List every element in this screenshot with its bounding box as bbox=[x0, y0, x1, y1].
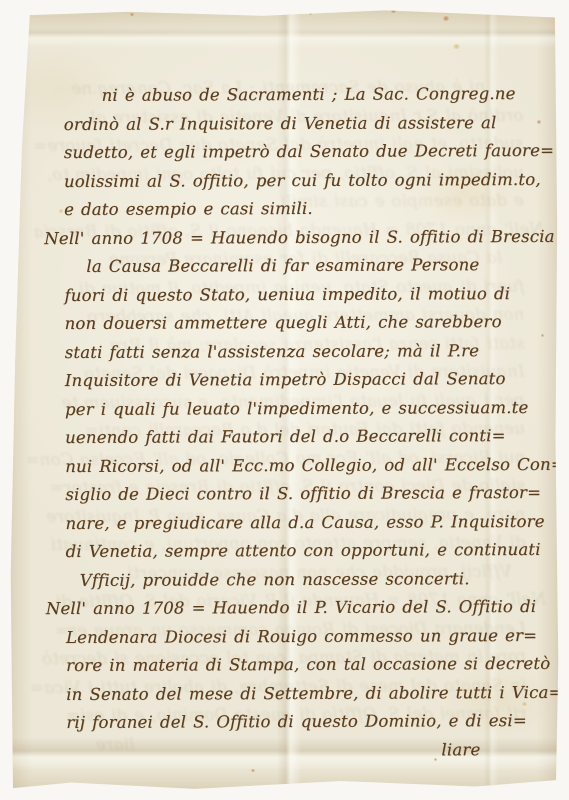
manuscript-line: Lendenara Diocesi di Rouigo commesso un … bbox=[66, 621, 540, 652]
catchword: liare bbox=[46, 736, 480, 766]
manuscript-page: ni è abuso de Sacramenti ; La Sac. Congr… bbox=[4, 4, 565, 796]
manuscript-line: siglio de Dieci contro il S. offitio di … bbox=[65, 479, 539, 510]
manuscript-line: Inquisitore di Venetia impetrò Dispacci … bbox=[65, 365, 539, 396]
foxing-spot bbox=[443, 16, 449, 21]
manuscript-line: e dato esempio e casi simili. bbox=[64, 194, 538, 225]
manuscript-line: Vfficij, prouidde che non nascesse sconc… bbox=[80, 564, 540, 595]
manuscript-line: Nell' anno 1708 = Hauendo bisogno il S. … bbox=[44, 222, 538, 253]
manuscript-line: ordinò al S.r Inquisitore di Venetia di … bbox=[64, 108, 538, 139]
manuscript-line: per i quali fu leuato l'impedimento, e s… bbox=[65, 393, 539, 424]
manuscript-line: non douersi ammettere quegli Atti, che s… bbox=[65, 308, 539, 339]
manuscript-line: rore in materia di Stampa, con tal occas… bbox=[66, 650, 540, 681]
manuscript-text: ni è abuso de Sacramenti ; La Sac. Congr… bbox=[44, 80, 541, 766]
manuscript-line: fuori di questo Stato, ueniua impedito, … bbox=[64, 279, 538, 310]
foxing-spot bbox=[453, 44, 460, 49]
manuscript-line: sudetto, et egli impetrò dal Senato due … bbox=[64, 137, 538, 168]
manuscript-line: ni è abuso de Sacramenti ; La Sac. Congr… bbox=[102, 80, 538, 110]
foxing-spot bbox=[102, 8, 107, 12]
foxing-spot bbox=[541, 334, 544, 337]
foxing-spot bbox=[391, 9, 396, 13]
foxing-spot bbox=[130, 13, 134, 16]
foxing-spot bbox=[251, 769, 255, 772]
manuscript-line: uenendo fatti dai Fautori del d.o Beccar… bbox=[65, 422, 539, 453]
manuscript-line: uolissimi al S. offitio, per cui fu tolt… bbox=[64, 165, 538, 196]
manuscript-line: nare, e pregiudicare alla d.a Causa, ess… bbox=[65, 507, 539, 538]
manuscript-line: in Senato del mese di Settembre, di abol… bbox=[66, 678, 540, 709]
manuscript-line: di Venetia, sempre attento con opportuni… bbox=[65, 536, 539, 567]
manuscript-line: Nell' anno 1708 = Hauendo il P. Vicario … bbox=[46, 593, 540, 624]
manuscript-line: rij foranei del S. Offitio di questo Dom… bbox=[66, 707, 540, 738]
scan-background: ni è abuso de Sacramenti ; La Sac. Congr… bbox=[0, 0, 569, 800]
foxing-spot bbox=[296, 6, 302, 10]
manuscript-line: stati fatti senza l'assistenza secolare;… bbox=[65, 336, 539, 367]
foxing-spot bbox=[309, 12, 312, 15]
manuscript-line: nui Ricorsi, od all' Ecc.mo Collegio, od… bbox=[65, 450, 539, 481]
manuscript-line: la Causa Beccarelli di far esaminare Per… bbox=[86, 251, 538, 281]
